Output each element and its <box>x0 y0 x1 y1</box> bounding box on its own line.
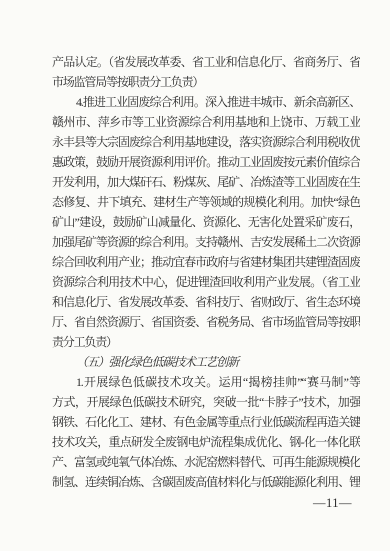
document-page: 产品认定。（省发展改革委、省工业和信息化厅、省商务厅、省 市场监管局等按职责分工… <box>0 0 390 551</box>
text-line: 永丰县等大宗固废综合利用基地建设，落实资源综合利用税收优 <box>52 132 360 152</box>
text-line: 钢铁、石化化工、建材、有色金属等重点行业低碳流程再造关键 <box>52 412 360 432</box>
document-body: 产品认定。（省发展改革委、省工业和信息化厅、省商务厅、省 市场监管局等按职责分工… <box>52 52 360 492</box>
text-line: 4.推进工业固废综合利用。深入推进丰城市、新余高新区、 <box>52 92 360 112</box>
text-line: 加强尾矿等资源的综合利用。支持赣州、吉安发展稀土二次资源 <box>52 232 360 252</box>
text-line: 产品认定。（省发展改革委、省工业和信息化厅、省商务厅、省 <box>52 52 360 72</box>
text-line: 矿山”建设，鼓励矿山减量化、资源化、无害化处置采矿废石， <box>52 212 360 232</box>
text-line: 和信息化厅、省发展改革委、省科技厅、省财政厅、省生态环境 <box>52 292 360 312</box>
text-line: 市场监管局等按职责分工负责） <box>52 72 360 92</box>
text-line: 资源综合利用技术中心，促进锂渣回收利用产业发展。（省工业 <box>52 272 360 292</box>
text-line: 制氢、连续铜冶炼、含碳固废高值材料化与低碳能源化利用、锂 <box>52 472 360 492</box>
text-line: 开发利用，加大煤矸石、粉煤灰、尾矿、冶炼渣等工业固废在生 <box>52 172 360 192</box>
text-line: 产、富氢或纯氧气体冶炼、水泥窑燃料替代、可再生能源规模化 <box>52 452 360 472</box>
page-number: —11— <box>313 496 352 511</box>
section-heading: （五）强化绿色低碳技术工艺创新 <box>52 352 360 372</box>
text-line: 综合回收利用产业；推动宜春市政府与省建材集团共建锂渣固废 <box>52 252 360 272</box>
text-line: 厅、省自然资源厅、省国资委、省税务局、省市场监管局等按职 <box>52 312 360 332</box>
text-line: 方式，开展绿色低碳技术研究，突破一批“卡脖子”技术，加强 <box>52 392 360 412</box>
text-line: 技术攻关，重点研发全废钢电炉流程集成优化、钢-化一体化联 <box>52 432 360 452</box>
text-line: 责分工负责） <box>52 332 360 352</box>
text-line: 惠政策，鼓励开展资源利用评价。推动工业固废按元素价值综合 <box>52 152 360 172</box>
text-line: 赣州市、萍乡市等工业资源综合利用基地和上饶市、万载工业园、 <box>52 112 360 132</box>
text-line: 1.开展绿色低碳技术攻关。运用“揭榜挂帅”“赛马制”等 <box>52 372 360 392</box>
text-line: 态修复、井下填充、建材生产等领域的规模化利用。加快“绿色 <box>52 192 360 212</box>
